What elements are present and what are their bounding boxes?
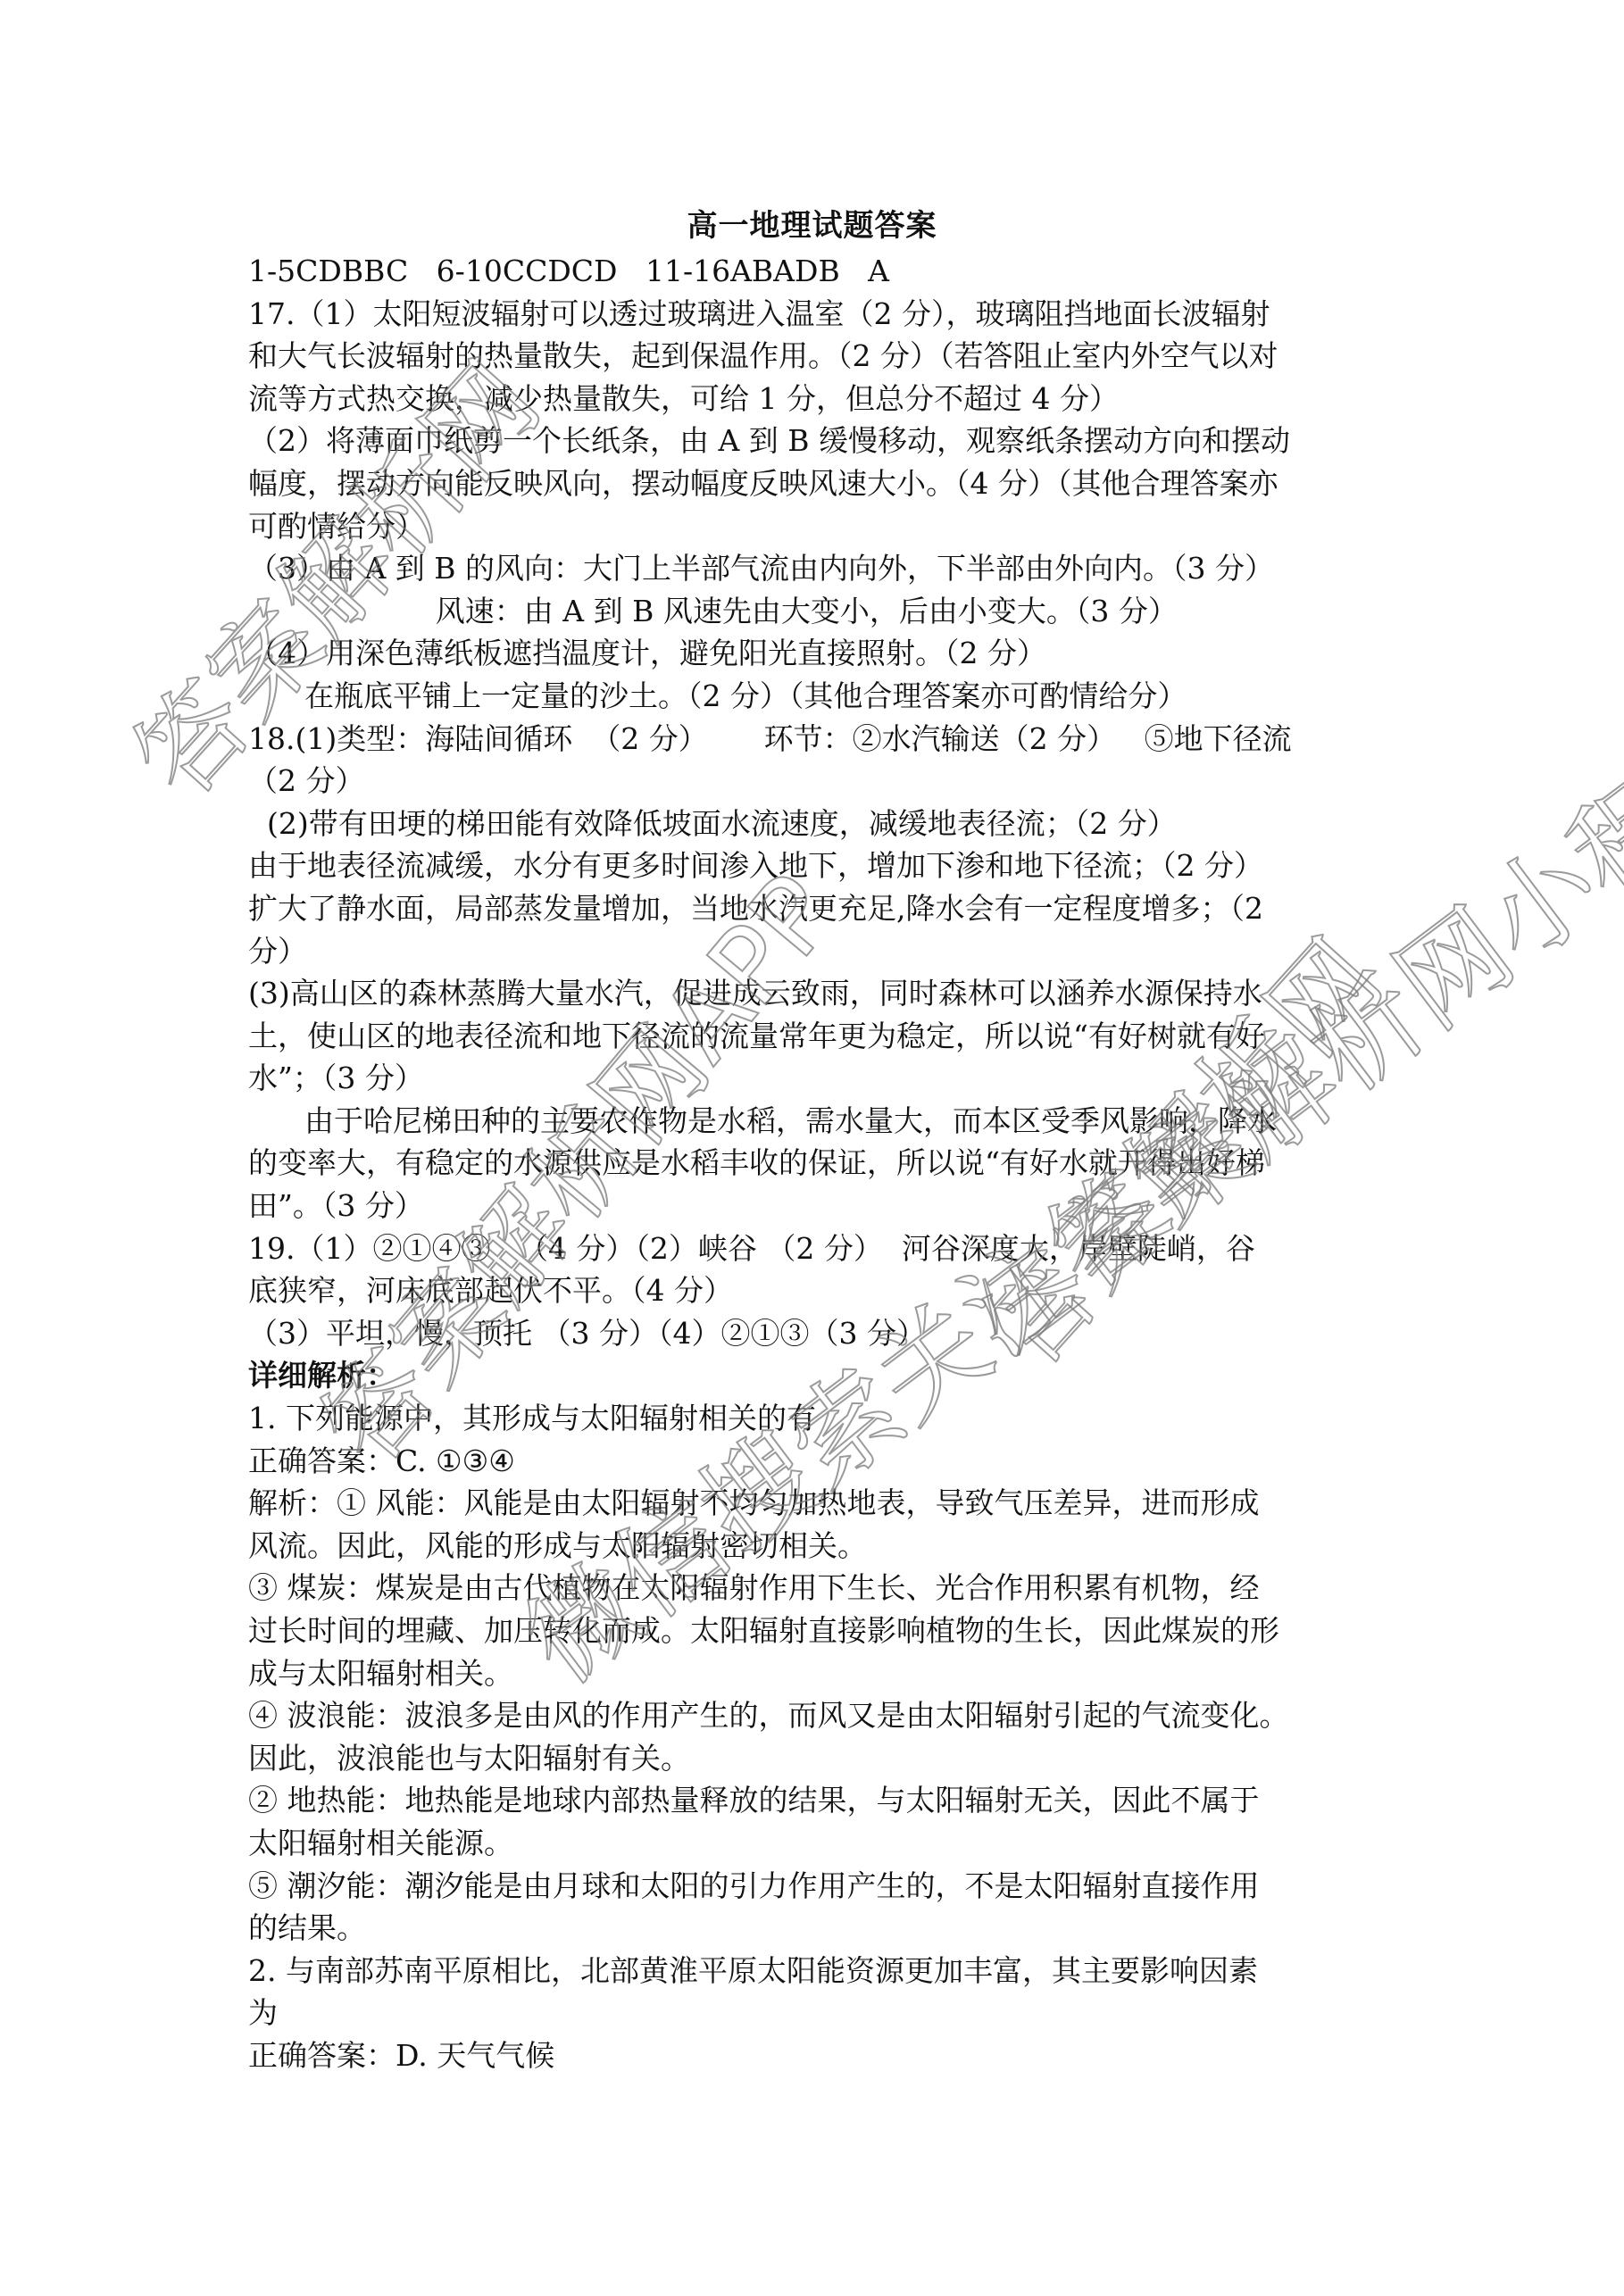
document-body: 1-5CDBBC 6-10CCDCD 11-16ABADB A 17.（1）太阳… bbox=[248, 250, 1391, 2077]
q17-line: （4）用深色薄纸板遮挡温度计，避免阳光直接照射。（2 分） bbox=[248, 632, 1391, 675]
detailed-analysis-heading: 详细解析： bbox=[248, 1354, 1391, 1397]
q17-line: 风速：由 A 到 B 风速先由大变小，后由小变大。（3 分） bbox=[248, 590, 1391, 633]
q19-line: 19.（1）②①④③ （4 分）（2）峡谷 （2 分） 河谷深度大，岸壁陡峭，谷 bbox=[248, 1227, 1391, 1270]
q18-line: 土，使山区的地表径流和地下径流的流量常年更为稳定，所以说“有好树就有好 bbox=[248, 1015, 1391, 1058]
analysis-line: 因此，波浪能也与太阳辐射有关。 bbox=[248, 1737, 1391, 1780]
q17-line: 流等方式热交换，减少热量散失，可给 1 分，但总分不超过 4 分） bbox=[248, 378, 1391, 420]
analysis-line: 解析：① 风能：风能是由太阳辐射不均匀加热地表，导致气压差异，进而形成 bbox=[248, 1482, 1391, 1525]
q17-line: 可酌情给分） bbox=[248, 505, 1391, 548]
q18-line: 由于哈尼梯田种的主要农作物是水稻，需水量大，而本区受季风影响，降水 bbox=[248, 1100, 1391, 1143]
q17-line: 在瓶底平铺上一定量的沙土。（2 分）（其他合理答案亦可酌情给分） bbox=[248, 675, 1391, 718]
analysis-line: 1. 下列能源中，其形成与太阳辐射相关的有 bbox=[248, 1397, 1391, 1440]
answer-key-choices: 1-5CDBBC 6-10CCDCD 11-16ABADB A bbox=[248, 250, 1391, 293]
q17-line: 和大气长波辐射的热量散失，起到保温作用。（2 分）（若答阻止室内外空气以对 bbox=[248, 335, 1391, 378]
q18-line: （2 分） bbox=[248, 760, 1391, 803]
analysis-line: ④ 波浪能：波浪多是由风的作用产生的，而风又是由太阳辐射引起的气流变化。 bbox=[248, 1694, 1391, 1737]
analysis-line: 过长时间的埋藏、加压转化而成。太阳辐射直接影响植物的生长，因此煤炭的形 bbox=[248, 1610, 1391, 1652]
analysis-line: 正确答案：D. 天气气候 bbox=[248, 2034, 1391, 2077]
q18-line: 田”。（3 分） bbox=[248, 1185, 1391, 1227]
analysis-line: 风流。因此，风能的形成与太阳辐射密切相关。 bbox=[248, 1525, 1391, 1568]
q18-line: 由于地表径流减缓，水分有更多时间渗入地下，增加下渗和地下径流；（2 分） bbox=[248, 844, 1391, 887]
analysis-line: ⑤ 潮汐能：潮汐能是由月球和太阳的引力作用产生的，不是太阳辐射直接作用 bbox=[248, 1865, 1391, 1908]
document-page: 高一地理试题答案 1-5CDBBC 6-10CCDCD 11-16ABADB A… bbox=[0, 0, 1624, 2296]
analysis-line: 成与太阳辐射相关。 bbox=[248, 1652, 1391, 1695]
q18-line: 的变率大，有稳定的水源供应是水稻丰收的保证，所以说“有好水就开得出好梯 bbox=[248, 1142, 1391, 1185]
analysis-line: 太阳辐射相关能源。 bbox=[248, 1822, 1391, 1865]
q17-line: 17.（1）太阳短波辐射可以透过玻璃进入温室（2 分），玻璃阻挡地面长波辐射 bbox=[248, 293, 1391, 336]
q18-line: 分） bbox=[248, 930, 1391, 973]
q19-line: （3）平坦，慢，顶托 （3 分）（4）②①③（3 分） bbox=[248, 1312, 1391, 1355]
q18-line: 水”；（3 分） bbox=[248, 1057, 1391, 1100]
q17-line: 幅度，摆动方向能反映风向，摆动幅度反映风速大小。（4 分）（其他合理答案亦 bbox=[248, 462, 1391, 505]
analysis-line: 的结果。 bbox=[248, 1907, 1391, 1950]
q18-line: (2)带有田埂的梯田能有效降低坡面水流速度，减缓地表径流；（2 分） bbox=[248, 803, 1391, 845]
analysis-line: ② 地热能：地热能是地球内部热量释放的结果，与太阳辐射无关，因此不属于 bbox=[248, 1779, 1391, 1822]
analysis-line: ③ 煤炭：煤炭是由古代植物在太阳辐射作用下生长、光合作用积累有机物，经 bbox=[248, 1567, 1391, 1610]
analysis-line: 正确答案：C. ①③④ bbox=[248, 1440, 1391, 1483]
document-title: 高一地理试题答案 bbox=[0, 201, 1624, 245]
analysis-line: 2. 与南部苏南平原相比，北部黄淮平原太阳能资源更加丰富，其主要影响因素 bbox=[248, 1950, 1391, 1992]
q17-line: （2）将薄面巾纸剪一个长纸条，由 A 到 B 缓慢移动，观察纸条摆动方向和摆动 bbox=[248, 420, 1391, 462]
q18-line: (3)高山区的森林蒸腾大量水汽，促进成云致雨，同时森林可以涵养水源保持水 bbox=[248, 972, 1391, 1015]
q17-line: （3）由 A 到 B 的风向：大门上半部气流由内向外，下半部由外向内。（3 分） bbox=[248, 547, 1391, 590]
analysis-line: 为 bbox=[248, 1992, 1391, 2034]
q18-line: 扩大了静水面，局部蒸发量增加，当地水汽更充足,降水会有一定程度增多；（2 bbox=[248, 887, 1391, 930]
q19-line: 底狭窄，河床底部起伏不平。（4 分） bbox=[248, 1269, 1391, 1312]
q18-line: 18.(1)类型：海陆间循环 （2 分） 环节：②水汽输送（2 分） ⑤地下径流 bbox=[248, 718, 1391, 761]
